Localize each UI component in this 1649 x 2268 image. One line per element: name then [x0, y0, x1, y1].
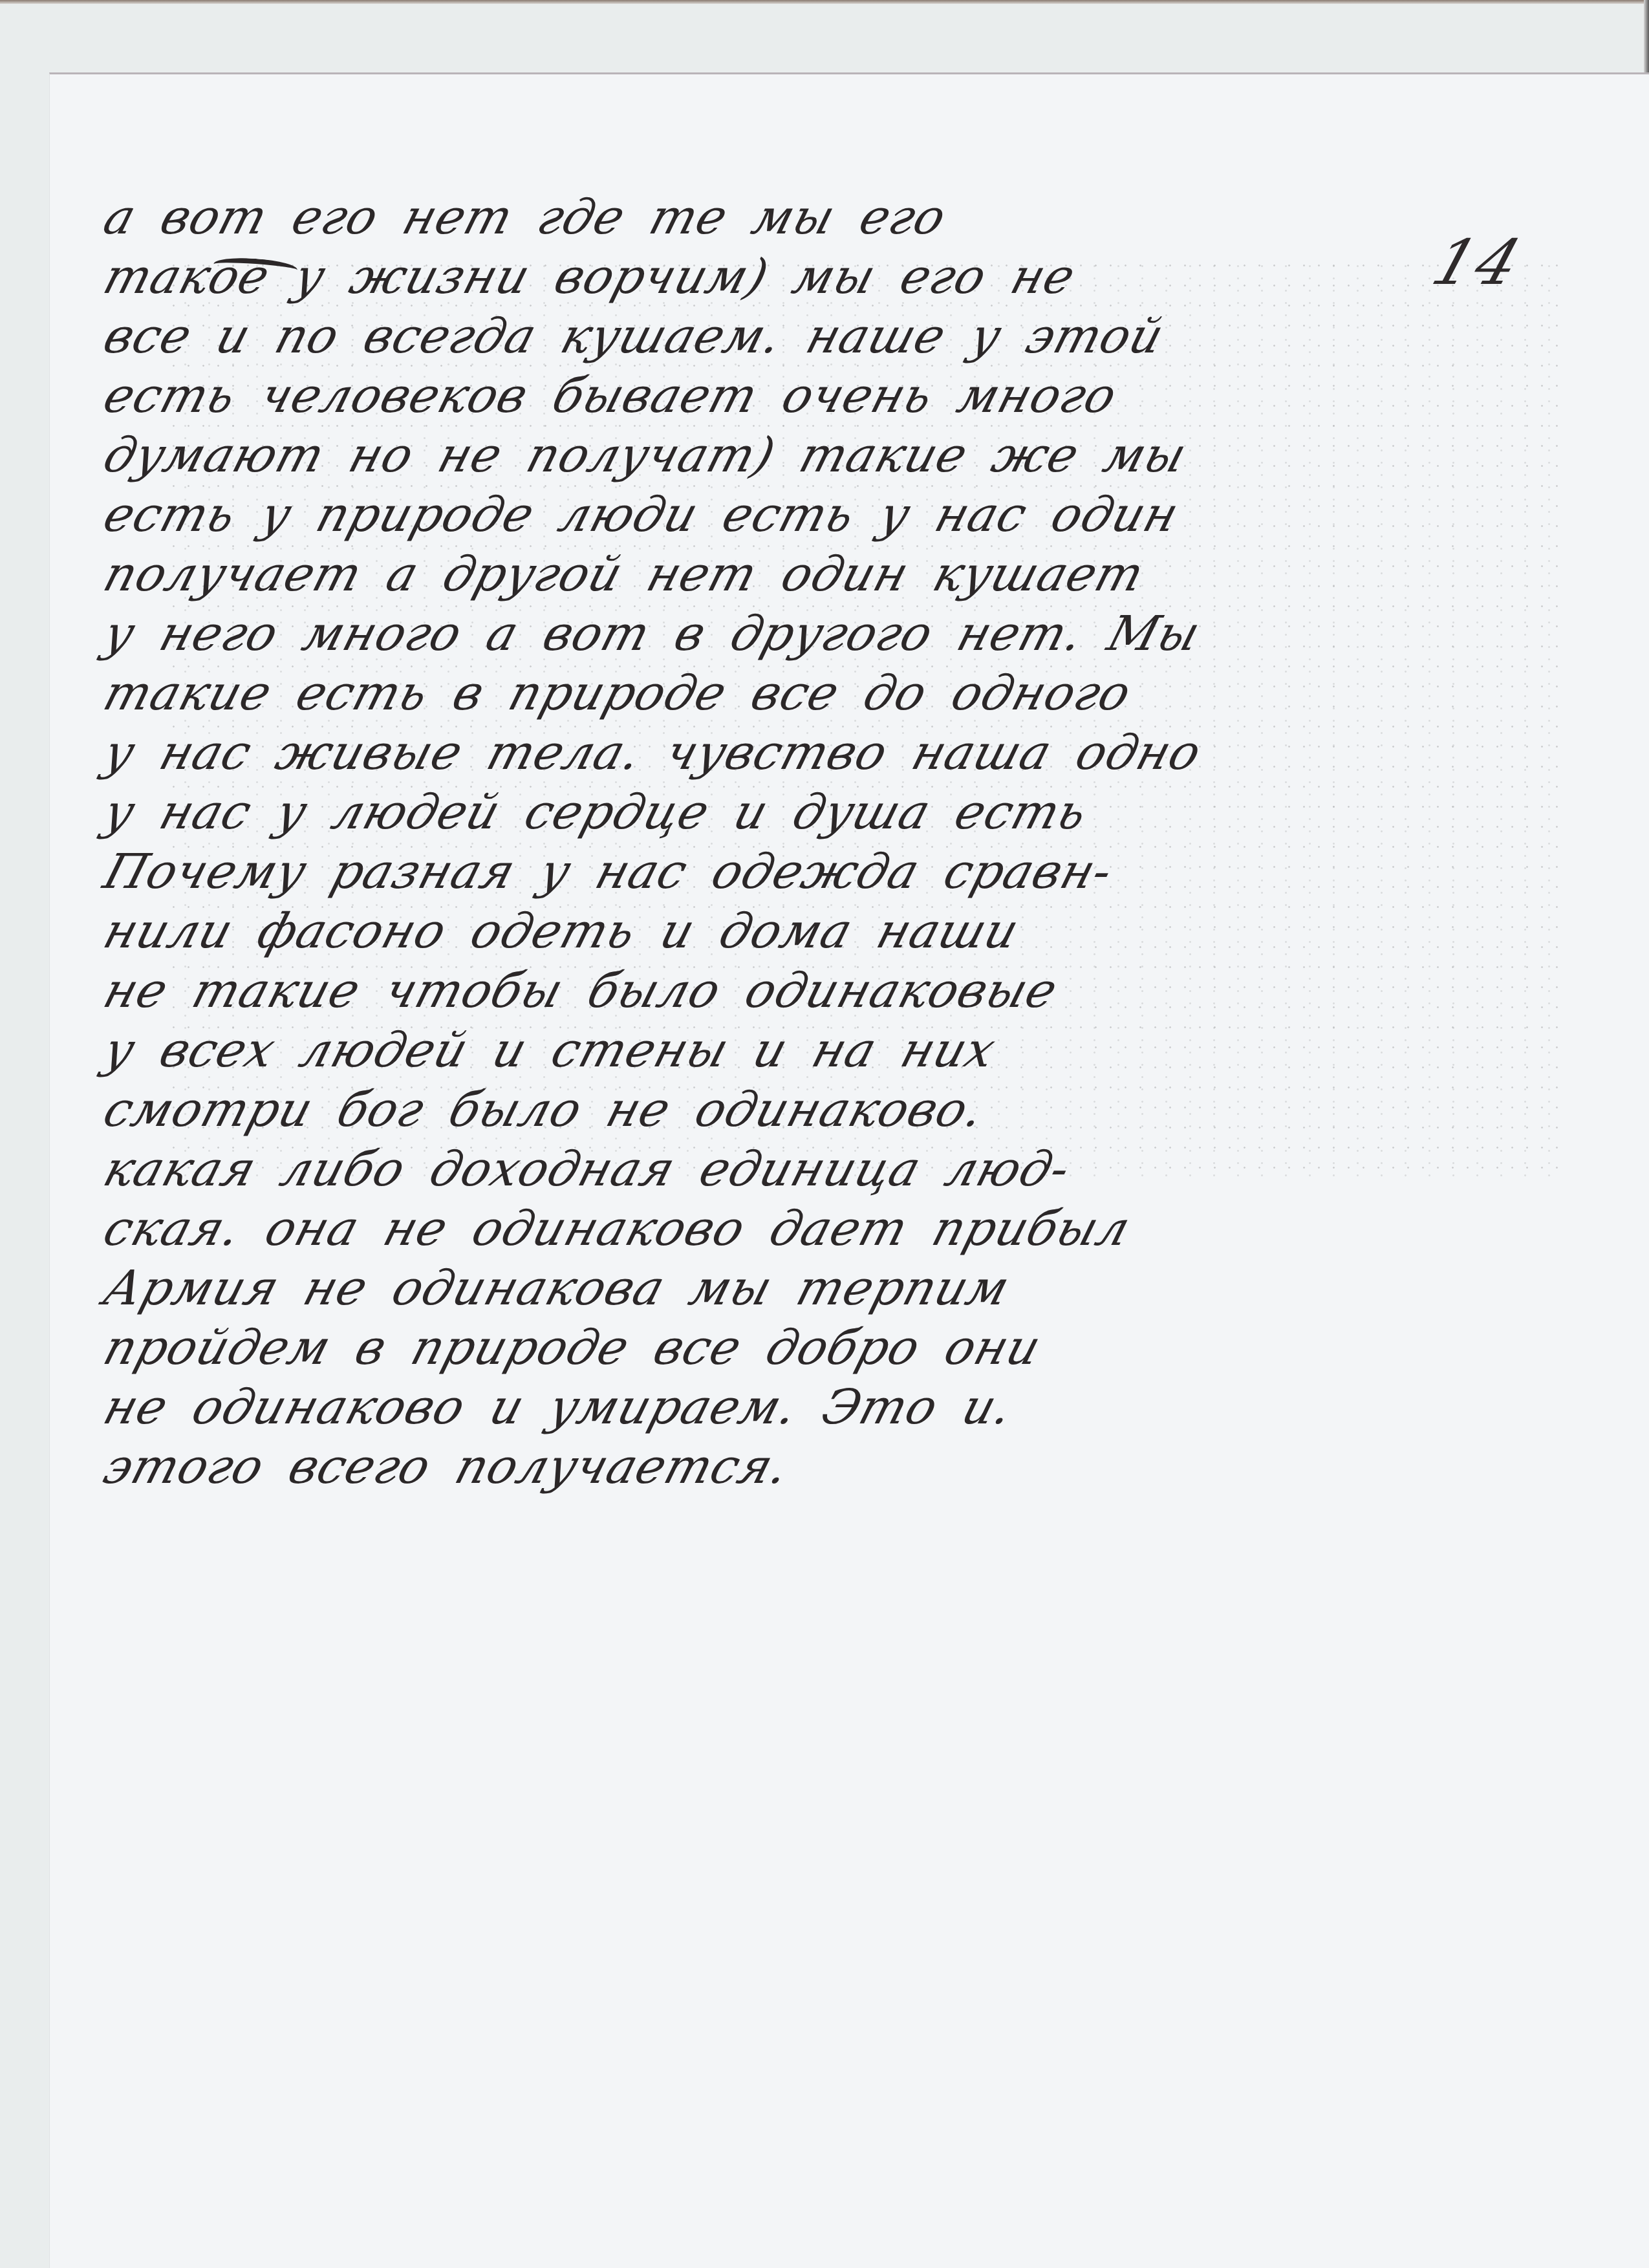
text-line: Армия не одинакова мы терпим [97, 1258, 1569, 1318]
handwritten-text-block: а вот его нет где те мы его такое у жизн… [97, 188, 1552, 1496]
text-line: есть у природе люди есть у нас один [97, 485, 1569, 545]
text-line: нили фасоно одеть и дома наши [97, 902, 1569, 961]
text-line: не одинаково и умираем. Это и. [97, 1377, 1569, 1437]
text-line: все и по всегда кушаем. наше у этой [97, 307, 1569, 366]
text-line: такое у жизни ворчим) мы его не [97, 247, 1569, 307]
text-line: думают но не получат) такие же мы [97, 426, 1569, 485]
text-line: ская. она не одинаково дает прибыл [97, 1199, 1569, 1258]
text-line: у нас у людей сердце и душа есть [97, 783, 1569, 842]
text-line: такие есть в природе все до одного [97, 664, 1569, 723]
text-line: не такие чтобы было одинаковые [97, 961, 1569, 1021]
text-line: этого всего получается. [97, 1437, 1569, 1496]
text-line: у него много а вот в другого нет. Мы [97, 604, 1569, 664]
text-line: у всех людей и стены и на них [97, 1021, 1569, 1080]
text-line: пройдем в природе все добро они [97, 1318, 1569, 1377]
text-line: получает а другой нет один кушает [97, 545, 1569, 604]
text-line: Почему разная у нас одежда сравн- [97, 842, 1569, 902]
text-line: у нас живые тела. чувство наша одно [97, 723, 1569, 783]
text-line: а вот его нет где те мы его [97, 188, 1569, 247]
scan-top-edge [0, 0, 1649, 4]
text-line: есть человеков бывает очень много [97, 366, 1569, 426]
text-line: смотри бог было не одинаково. [97, 1080, 1569, 1139]
text-line: какая либо доходная единица люд- [97, 1139, 1569, 1199]
